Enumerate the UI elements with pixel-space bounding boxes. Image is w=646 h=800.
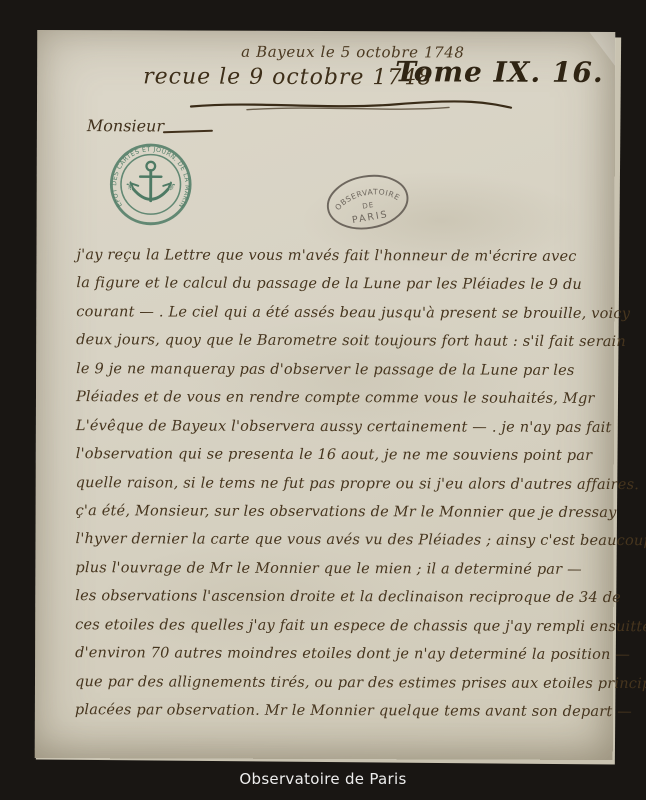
fleur-de-lis-icon: ⚜	[165, 178, 176, 193]
received-date-line: recue le 9 octobre 1748	[143, 64, 432, 90]
letter-line: la figure et le calcul du passage de la …	[76, 270, 612, 300]
letter-line: plus l'ouvrage de Mr le Monnier que le m…	[75, 554, 611, 584]
letter-line: quelle raison, si le tems ne fut pas pro…	[76, 469, 612, 499]
observatoire-stamp-de: DE	[362, 200, 375, 211]
letter-paper: a Bayeux le 5 octobre 1748 recue le 9 oc…	[35, 30, 616, 760]
letter-line: ces etoiles des quelles j'ay fait un esp…	[75, 611, 611, 641]
letter-line: les observations l'ascension droite et l…	[75, 582, 611, 612]
letter-line: L'évêque de Bayeux l'observera aussy cer…	[76, 412, 612, 442]
caption: Observatoire de Paris	[0, 770, 646, 788]
letter-line: d'environ 70 autres moindres etoiles don…	[75, 639, 611, 669]
fleur-de-lis-icon: ⚜	[125, 178, 136, 193]
letter-line: que par des allignements tirés, ou par d…	[75, 668, 611, 698]
marine-depot-stamp: DEPOT DES CARTES ET JOURN. DE LA MARINE …	[103, 136, 199, 232]
observatoire-stamp: OBSERVATOIRE DE PARIS	[320, 164, 415, 240]
letter-line: l'hyver dernier la carte que vous avés v…	[75, 526, 611, 556]
ink-flourish-underline	[187, 99, 517, 114]
photo-background: a Bayeux le 5 octobre 1748 recue le 9 oc…	[0, 0, 646, 800]
letter-line: ç'a été, Monsieur, sur les observations …	[76, 497, 612, 527]
letter-line: courant — . Le ciel qui a été assés beau…	[76, 298, 612, 328]
letter-line: placées par observation. Mr le Monnier q…	[75, 696, 611, 726]
salutation-flourish-dash	[163, 130, 213, 134]
letter-line: l'observation qui se presenta le 16 aout…	[76, 440, 612, 470]
letter-body: j'ay reçu la Lettre que vous m'avés fait…	[75, 241, 613, 726]
letter-line: j'ay reçu la Lettre que vous m'avés fait…	[76, 241, 612, 271]
salutation: Monsieur	[87, 116, 164, 135]
tome-number: Tome IX. 16.	[395, 55, 604, 89]
letter-line: Pléiades et de vous en rendre compte com…	[76, 383, 612, 413]
letter-line: deux jours, quoy que le Barometre soit t…	[76, 326, 612, 356]
letter-line: le 9 je ne manqueray pas d'observer le p…	[76, 355, 612, 385]
